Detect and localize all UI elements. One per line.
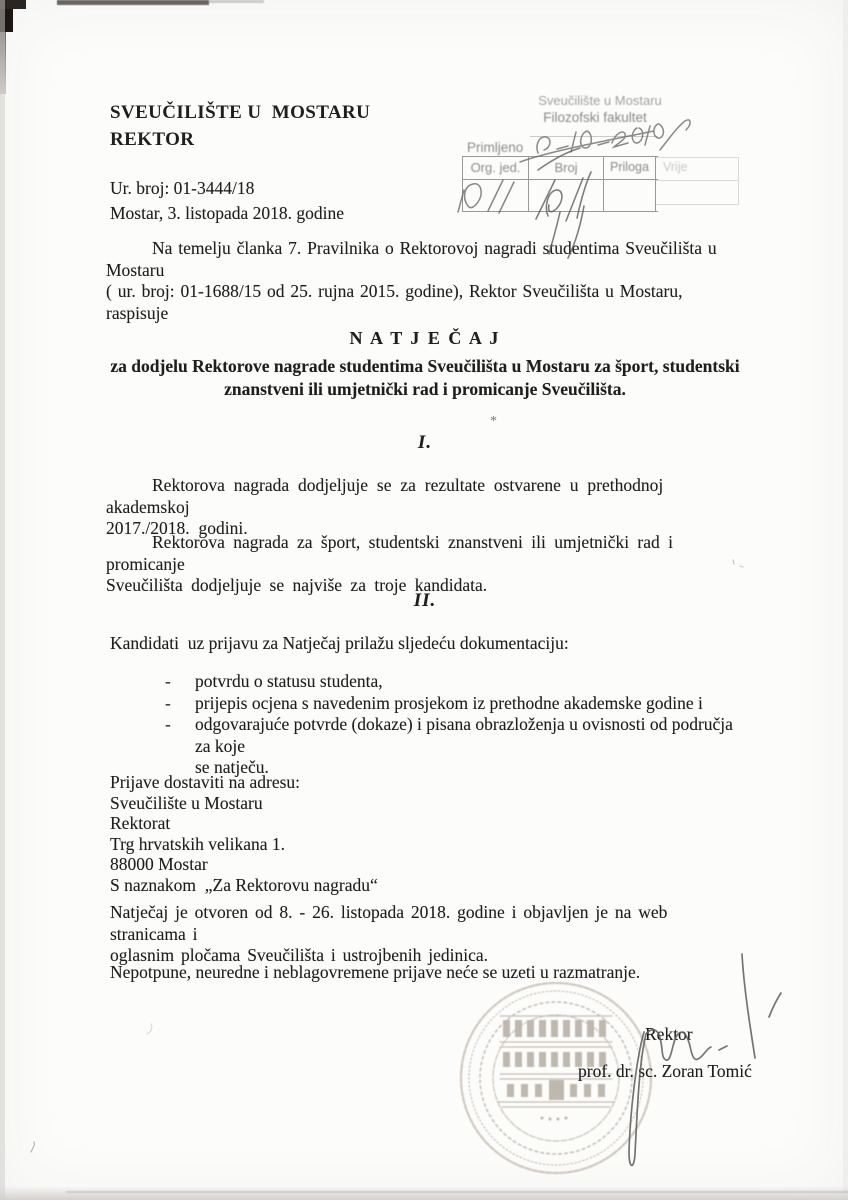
signatory-title: Rektor <box>645 1024 693 1045</box>
signature-stroke <box>769 993 781 1017</box>
letterhead-university: SVEUČILIŠTE U MOSTARU <box>110 102 370 124</box>
stamp-table-border <box>738 157 739 205</box>
list-item: - potvrdu o statusu studenta, <box>165 671 751 693</box>
document-title: N A T J E Č A J <box>108 328 742 349</box>
list-dash: - <box>165 693 195 715</box>
letterhead-office: REKTOR <box>110 129 194 151</box>
scanned-document: SVEUČILIŠTE U MOSTARU REKTOR Ur. broj: 0… <box>0 0 848 1200</box>
address-line: Rektorat <box>110 813 378 834</box>
ref-number: Ur. broj: 01-3444/18 <box>110 178 254 199</box>
stamp-table-border <box>655 157 738 158</box>
scan-edge-artifact <box>66 1191 848 1193</box>
scan-edge-artifact <box>0 0 5 1200</box>
address-line: 88000 Mostar <box>110 854 378 875</box>
stamp-col-number: Broj <box>529 160 603 175</box>
stamp-table-border <box>462 211 658 212</box>
list-dash: - <box>165 671 195 693</box>
stamp-col-attachments: Priloga <box>604 160 655 174</box>
seal-dots <box>541 1117 568 1121</box>
closing-paragraph-1: Natječaj je otvoren od 8. - 26. listopad… <box>110 902 750 967</box>
place-date: Mostar, 3. listopada 2018. godine <box>110 203 344 224</box>
section-2-number: II. <box>108 590 742 612</box>
scan-edge-artifact <box>57 0 209 5</box>
section-2-intro: Kandidati uz prijavu za Natječaj prilažu… <box>110 633 750 655</box>
seal-building <box>503 1020 606 1100</box>
stamp-col-value: Vrije <box>663 160 688 174</box>
intro-paragraph: Na temelju članka 7. Pravilnika o Rektor… <box>106 238 746 324</box>
address-line: Trg hrvatskih velikana 1. <box>110 834 378 855</box>
stamp-university: Sveučilište u Mostaru <box>505 93 695 108</box>
section-1-number: I. <box>108 432 742 454</box>
stamp-table-border <box>655 180 738 181</box>
stamp-faculty: Filozofski fakultet <box>505 110 685 125</box>
address-line: Prijave dostaviti na adresu: <box>110 772 378 793</box>
section-1-paragraph-1: Rektorova nagrada dodjeljuje se za rezul… <box>106 475 746 540</box>
scan-edge-artifact <box>209 0 264 3</box>
stamp-table-border <box>530 136 658 137</box>
signature-scribble <box>629 954 781 1165</box>
signature-stroke <box>719 1046 727 1050</box>
stamp-table-border <box>462 179 658 180</box>
stamp-col-org-unit: Org. jed. <box>463 160 528 175</box>
requirements-list: - potvrdu o statusu studenta, - prijepis… <box>165 671 751 779</box>
handwritten-org-unit <box>458 180 514 213</box>
stamp-table-border <box>655 204 738 205</box>
list-item: - odgovarajuće potvrde (dokaze) i pisana… <box>165 714 751 779</box>
signature-stroke <box>629 1032 646 1165</box>
section-1-paragraph-2: Rektorova nagrada za šport, studentski z… <box>106 532 746 597</box>
document-subtitle: za dodjelu Rektorove nagrade studentima … <box>108 355 742 401</box>
signatory-name: prof. dr. sc. Zoran Tomić <box>578 1061 752 1082</box>
list-item: - prijepis ocjena s navedenim prosjekom … <box>165 693 751 715</box>
address-block: Prijave dostaviti na adresu: Sveučilište… <box>110 772 378 895</box>
address-line: S naznakom „Za Rektorovu nagradu“ <box>110 875 378 896</box>
address-line: Sveučilište u Mostaru <box>110 793 378 814</box>
list-dash: - <box>165 714 195 779</box>
stamp-received-label: Primljeno <box>467 140 523 155</box>
scan-edge-artifact <box>843 0 848 1200</box>
scan-edge-artifact <box>0 1186 848 1200</box>
closing-paragraph-2: Nepotpune, neuredne i neblagovremene pri… <box>110 962 750 984</box>
stamp-table-border <box>462 156 658 157</box>
stray-asterisk-mark: * <box>490 414 497 430</box>
